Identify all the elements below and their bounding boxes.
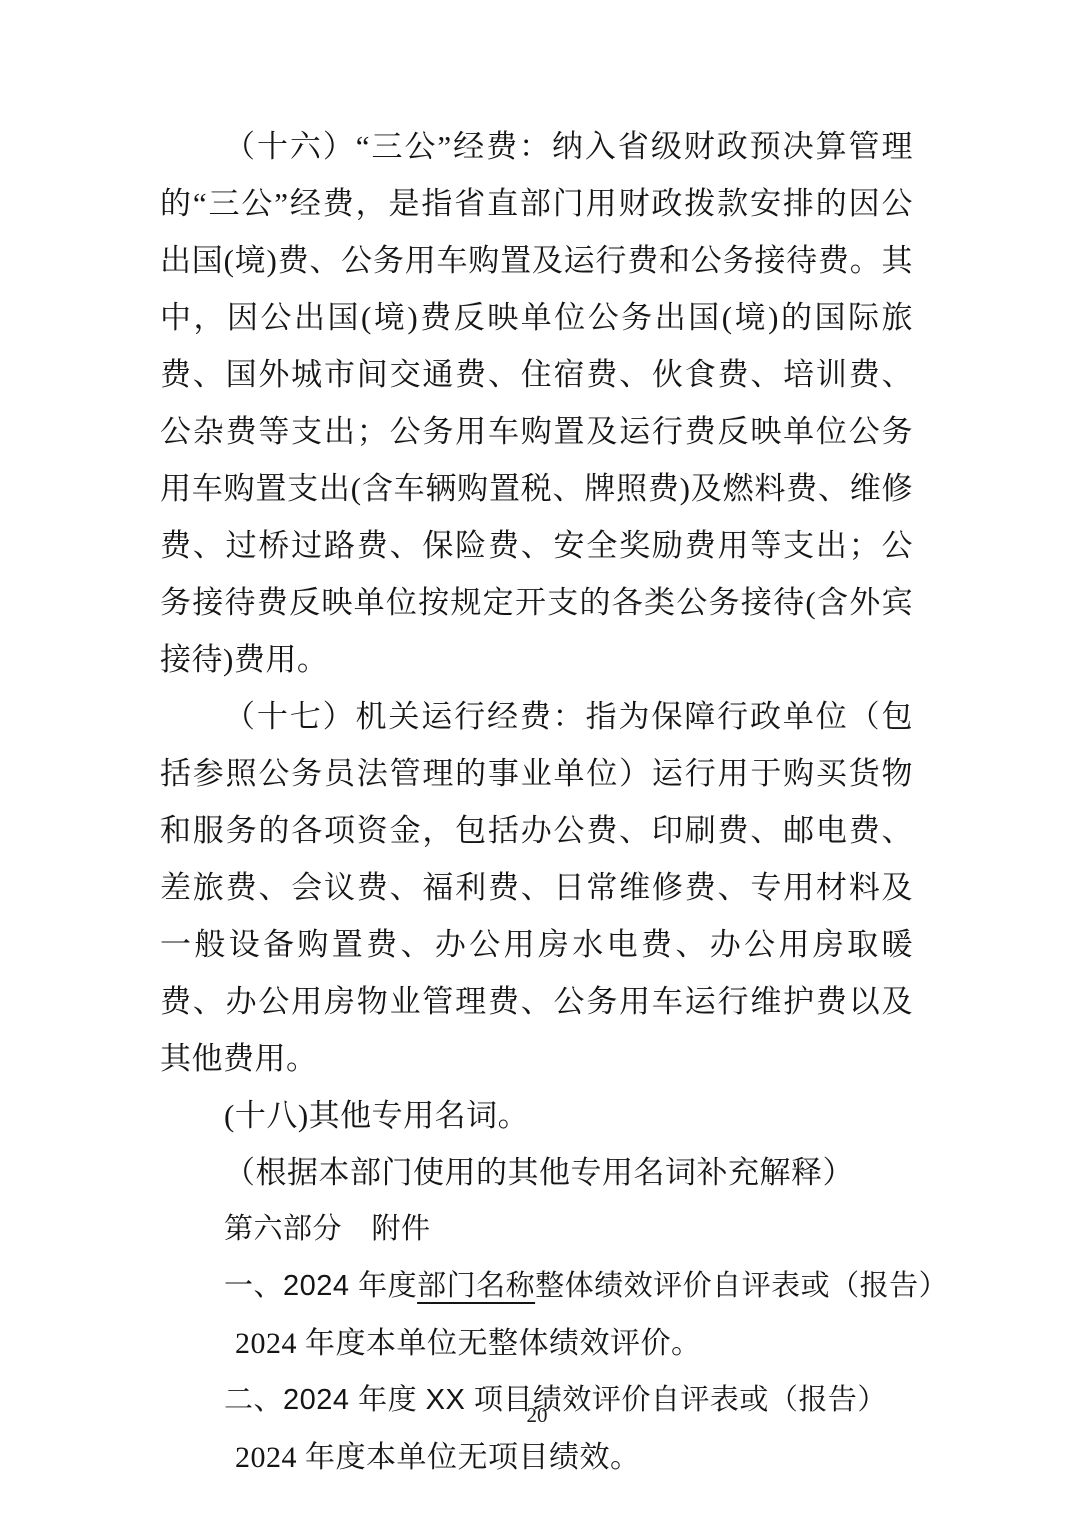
attachment-heading-1-prefix: 一、2024 年度 [224,1270,417,1302]
document-page: （十六）“三公”经费：纳入省级财政预决算管理的“三公”经费，是指省直部门用财政拨… [0,0,1074,1520]
attachment-heading-1: 一、2024 年度部门名称整体绩效评价自评表或（报告） [160,1258,913,1315]
document-content: （十六）“三公”经费：纳入省级财政预决算管理的“三公”经费，是指省直部门用财政拨… [160,118,913,1486]
page-number: 20 [0,1402,1074,1428]
attachment-1-no-performance-note: 2024 年度本单位无整体绩效评价。 [160,1315,913,1372]
attachment-2-no-performance-note: 2024 年度本单位无项目绩效。 [160,1429,913,1486]
section-six-heading: 第六部分 附件 [160,1201,913,1258]
attachment-heading-1-underlined-department-name: 部门名称 [417,1270,535,1302]
paragraph-term-17-agency-operating-funds: （十七）机关运行经费：指为保障行政单位（包括参照公务员法管理的事业单位）运行用于… [160,688,913,1087]
paragraph-term-18-other-terms: (十八)其他专用名词。 [160,1087,913,1144]
supplement-note: （根据本部门使用的其他专用名词补充解释） [160,1144,913,1201]
paragraph-term-16-three-public-funds: （十六）“三公”经费：纳入省级财政预决算管理的“三公”经费，是指省直部门用财政拨… [160,118,913,688]
attachment-heading-1-suffix: 整体绩效评价自评表或（报告） [535,1270,948,1302]
